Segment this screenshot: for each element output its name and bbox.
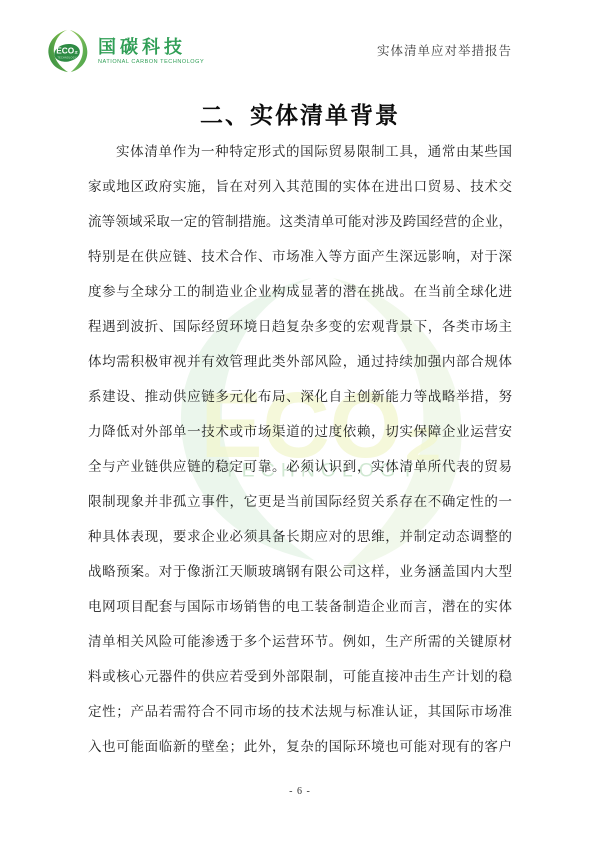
body-line: 战略预案。对于像浙江天顺玻璃钢有限公司这样，业务涵盖国内大型 [88, 554, 512, 589]
logo-mark-text: ECO₂ [56, 46, 78, 55]
page-number: - 6 - [0, 786, 600, 797]
brand-name-en: NATIONAL CARBON TECHNOLOGY [98, 59, 204, 65]
logo-text-block: 国碳科技 NATIONAL CARBON TECHNOLOGY [98, 37, 204, 65]
brand-name-cn: 国碳科技 [98, 37, 204, 57]
body-line: 实体清单作为一种特定形式的国际贸易限制工具，通常由某些国 [88, 134, 512, 169]
eco-leaf-logo-icon: ECO₂ TECHNOLOGY [45, 28, 91, 74]
company-logo: ECO₂ TECHNOLOGY 国碳科技 NATIONAL CARBON TEC… [45, 28, 204, 74]
body-line: 体均需积极审视并有效管理此类外部风险，通过持续加强内部合规体 [88, 344, 512, 379]
body-line: 料或核心元器件的供应若受到外部限制，可能直接冲击生产计划的稳 [88, 659, 512, 694]
body-line: 力降低对外部单一技术或市场渠道的过度依赖，切实保障企业运营安 [88, 414, 512, 449]
body-line: 特别是在供应链、技术合作、市场准入等方面产生深远影响，对于深 [88, 239, 512, 274]
body-line: 定性；产品若需符合不同市场的技术法规与标准认证，其国际市场准 [88, 694, 512, 729]
body-text: 实体清单作为一种特定形式的国际贸易限制工具，通常由某些国家或地区政府实施，旨在对… [88, 134, 512, 764]
body-line: 清单相关风险可能渗透于多个运营环节。例如，生产所需的关键原材 [88, 624, 512, 659]
body-line: 全与产业链供应链的稳定可靠。必须认识到，实体清单所代表的贸易 [88, 449, 512, 484]
body-line: 限制现象并非孤立事件，它更是当前国际经贸关系存在不确定性的一 [88, 484, 512, 519]
section-title: 二、实体清单背景 [0, 97, 600, 130]
document-page: ECO₂ TECHNOLOGY 国碳科技 NATIONAL CARBON TEC… [0, 0, 600, 849]
body-line: 家或地区政府实施，旨在对列入其范围的实体在进出口贸易、技术交 [88, 169, 512, 204]
body-line: 程遇到波折、国际经贸环境日趋复杂多变的宏观背景下，各类市场主 [88, 309, 512, 344]
body-line: 流等领域采取一定的管制措施。这类清单可能对涉及跨国经营的企业， [88, 204, 512, 239]
body-line: 种具体表现，要求企业必须具备长期应对的思维，并制定动态调整的 [88, 519, 512, 554]
report-title: 实体清单应对举措报告 [377, 41, 512, 59]
body-line: 度参与全球分工的制造业企业构成显著的潜在挑战。在当前全球化进 [88, 274, 512, 309]
body-line: 系建设、推动供应链多元化布局、深化自主创新能力等战略举措，努 [88, 379, 512, 414]
body-line: 入也可能面临新的壁垒；此外，复杂的国际环境也可能对现有的客户 [88, 729, 512, 764]
logo-mark-caption: TECHNOLOGY [57, 56, 77, 59]
body-line: 电网项目配套与国际市场销售的电工装备制造企业而言，潜在的实体 [88, 589, 512, 624]
